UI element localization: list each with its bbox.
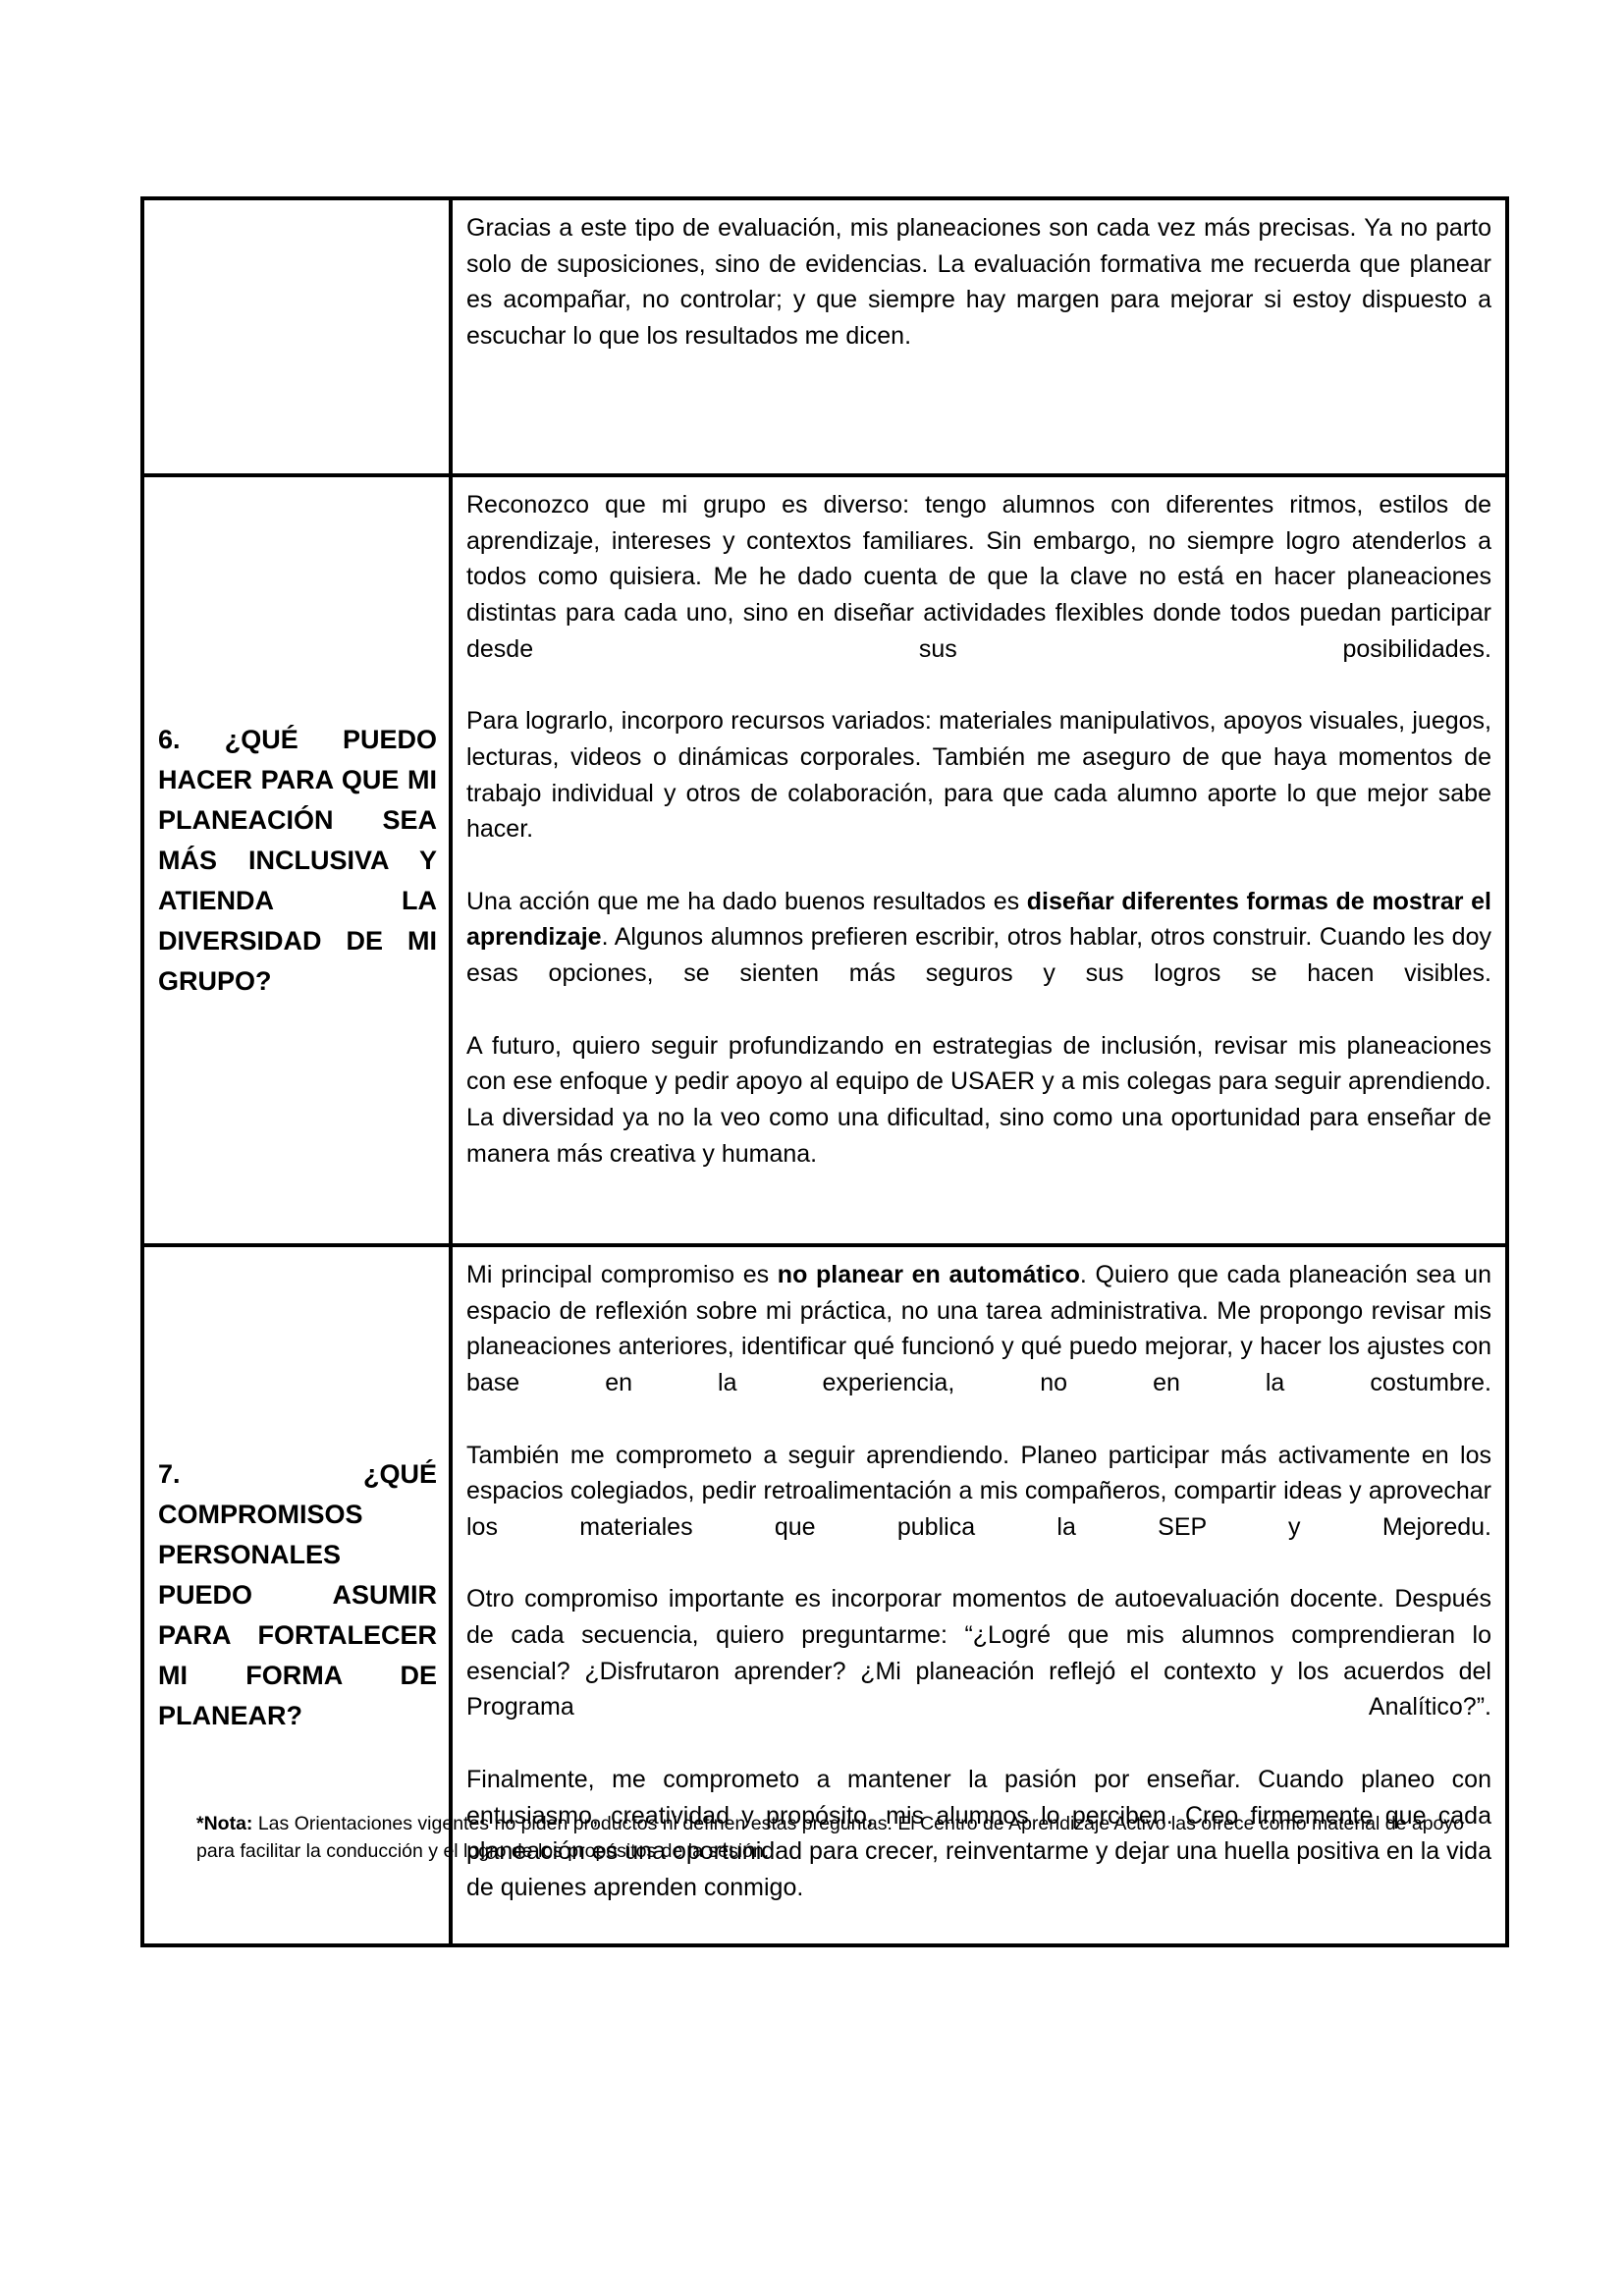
answer-cell: Gracias a este tipo de evaluación, mis p… (451, 198, 1507, 475)
question-text: 7. ¿QUÉ COMPROMISOS PERSONALES PUEDO ASU… (158, 1454, 437, 1736)
answer-paragraph: Para lograrlo, incorporo recursos variad… (466, 703, 1491, 847)
paragraph-text: Otro compromiso importante es incorporar… (466, 1585, 1491, 1721)
answer-paragraph: Mi principal compromiso es no planear en… (466, 1257, 1491, 1401)
paragraph-text: Mi principal compromiso es (466, 1261, 778, 1288)
footnote: *Nota: Las Orientaciones vigentes no pid… (196, 1810, 1473, 1865)
paragraph-text: Reconozco que mi grupo es diverso: tengo… (466, 491, 1491, 663)
paragraph-text: También me comprometo a seguir aprendien… (466, 1442, 1491, 1541)
paragraph-text: Para lograrlo, incorporo recursos variad… (466, 707, 1491, 843)
answer-paragraph: Gracias a este tipo de evaluación, mis p… (466, 210, 1491, 355)
paragraph-text: Gracias a este tipo de evaluación, mis p… (466, 214, 1491, 350)
table-row: 6. ¿QUÉ PUEDO HACER PARA QUE MI PLANEACI… (142, 475, 1507, 1245)
paragraph-text: . Algunos alumnos prefieren escribir, ot… (466, 923, 1491, 987)
question-text: 6. ¿QUÉ PUEDO HACER PARA QUE MI PLANEACI… (158, 720, 437, 1002)
question-cell: 6. ¿QUÉ PUEDO HACER PARA QUE MI PLANEACI… (142, 475, 451, 1245)
answer-cell: Reconozco que mi grupo es diverso: tengo… (451, 475, 1507, 1245)
footnote-label: *Nota: (196, 1813, 252, 1834)
questions-table: Gracias a este tipo de evaluación, mis p… (140, 196, 1509, 1947)
emphasis-text: no planear en automático (778, 1261, 1080, 1288)
answer-paragraph: A futuro, quiero seguir profundizando en… (466, 1028, 1491, 1173)
question-cell (142, 198, 451, 475)
paragraph-text: Una acción que me ha dado buenos resulta… (466, 888, 1027, 915)
answer-paragraph: Otro compromiso importante es incorporar… (466, 1581, 1491, 1725)
answer-paragraph: También me comprometo a seguir aprendien… (466, 1438, 1491, 1546)
answer-paragraph: Reconozco que mi grupo es diverso: tengo… (466, 487, 1491, 668)
table-row: Gracias a este tipo de evaluación, mis p… (142, 198, 1507, 475)
paragraph-text: A futuro, quiero seguir profundizando en… (466, 1032, 1491, 1168)
footnote-text: Las Orientaciones vigentes no piden prod… (196, 1813, 1464, 1862)
answer-paragraph: Una acción que me ha dado buenos resulta… (466, 884, 1491, 992)
